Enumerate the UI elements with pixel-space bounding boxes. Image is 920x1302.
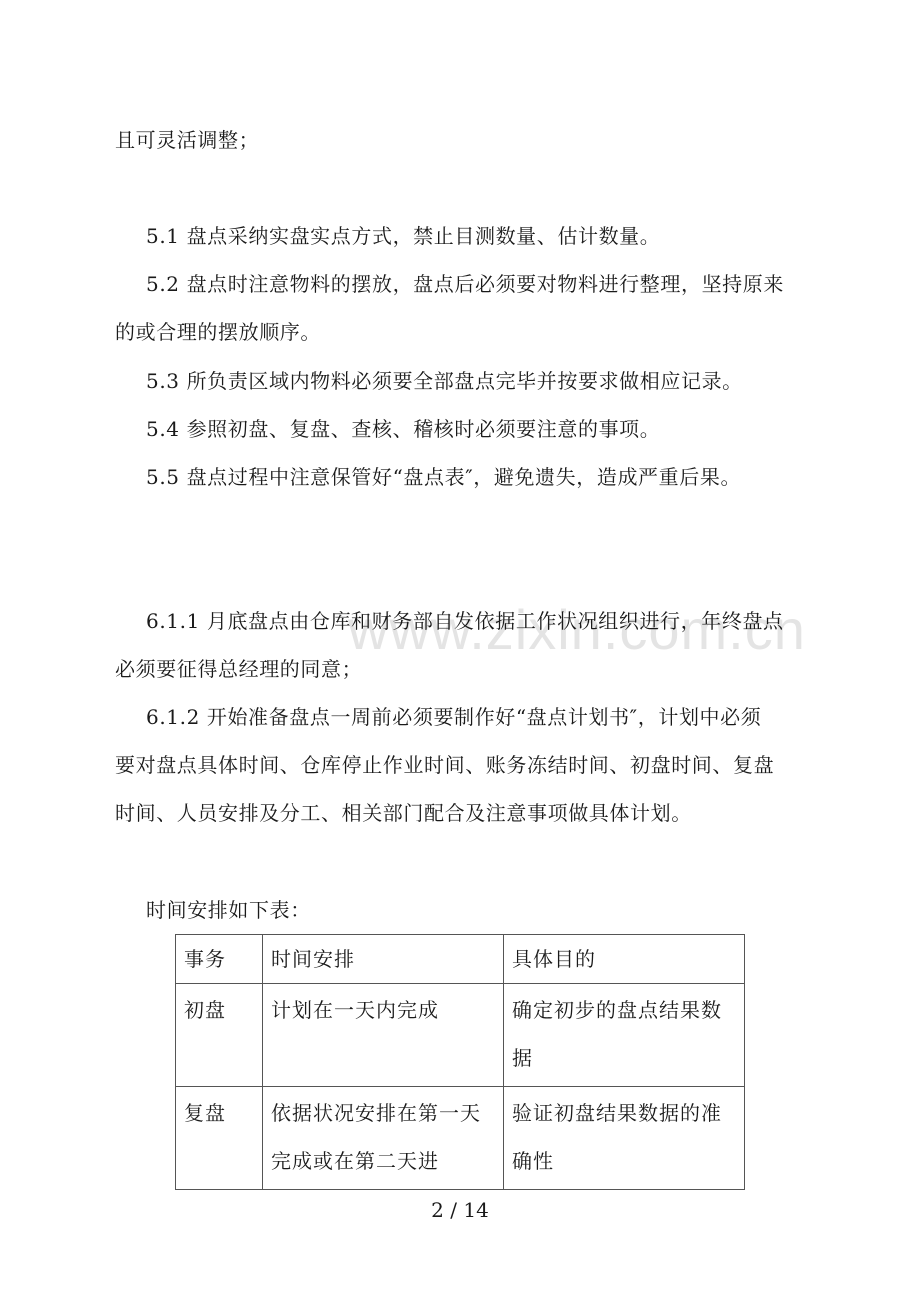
clause-6-1-2-line3: 时间、人员安排及分工、相关部门配合及注意事项做具体计划。 — [115, 801, 692, 825]
table-header-row: 事务 时间安排 具体目的 — [176, 935, 745, 984]
header-cell-task: 事务 — [176, 935, 263, 984]
table-cell: 依据状况安排在第一天完成或在第二天进 — [263, 1087, 504, 1190]
table-cell: 复盘 — [176, 1087, 263, 1190]
paragraph-continuation: 且可灵活调整； — [115, 128, 259, 152]
table-cell: 确定初步的盘点结果数据 — [504, 984, 745, 1087]
table-cell: 验证初盘结果数据的准确性 — [504, 1087, 745, 1190]
clause-6-1-1-line1: 6.1.1 月底盘点由仓库和财务部自发依据工作状况组织进行，年终盘点 — [146, 609, 784, 633]
page-number: 2 / 14 — [0, 1198, 920, 1222]
header-cell-schedule: 时间安排 — [263, 935, 504, 984]
clause-6-1-2-line1: 6.1.2 开始准备盘点一周前必须要制作好“盘点计划书″，计划中必须 — [146, 705, 761, 729]
clause-5-3: 5.3 所负责区域内物料必须要全部盘点完毕并按要求做相应记录。 — [146, 369, 743, 393]
table-intro: 时间安排如下表： — [146, 898, 311, 922]
table-cell: 计划在一天内完成 — [263, 984, 504, 1087]
table-row: 复盘 依据状况安排在第一天完成或在第二天进 验证初盘结果数据的准确性 — [176, 1087, 745, 1190]
table-row: 初盘 计划在一天内完成 确定初步的盘点结果数据 — [176, 984, 745, 1087]
table-cell: 初盘 — [176, 984, 263, 1087]
clause-6-1-2-line2: 要对盘点具体时间、仓库停止作业时间、账务冻结时间、初盘时间、复盘 — [115, 753, 774, 777]
clause-5-5: 5.5 盘点过程中注意保管好“盘点表″，避免遗失，造成严重后果。 — [146, 465, 741, 489]
clause-5-2-line2: 的或合理的摆放顺序。 — [115, 320, 321, 344]
header-cell-purpose: 具体目的 — [504, 935, 745, 984]
schedule-table: 事务 时间安排 具体目的 初盘 计划在一天内完成 确定初步的盘点结果数据 复盘 … — [175, 934, 745, 1190]
clause-5-1: 5.1 盘点采纳实盘实点方式，禁止目测数量、估计数量。 — [146, 224, 660, 248]
clause-6-1-1-line2: 必须要征得总经理的同意； — [115, 657, 362, 681]
clause-5-2-line1: 5.2 盘点时注意物料的摆放，盘点后必须要对物料进行整理，坚持原来 — [146, 272, 784, 296]
clause-5-4: 5.4 参照初盘、复盘、查核、稽核时必须要注意的事项。 — [146, 417, 660, 441]
